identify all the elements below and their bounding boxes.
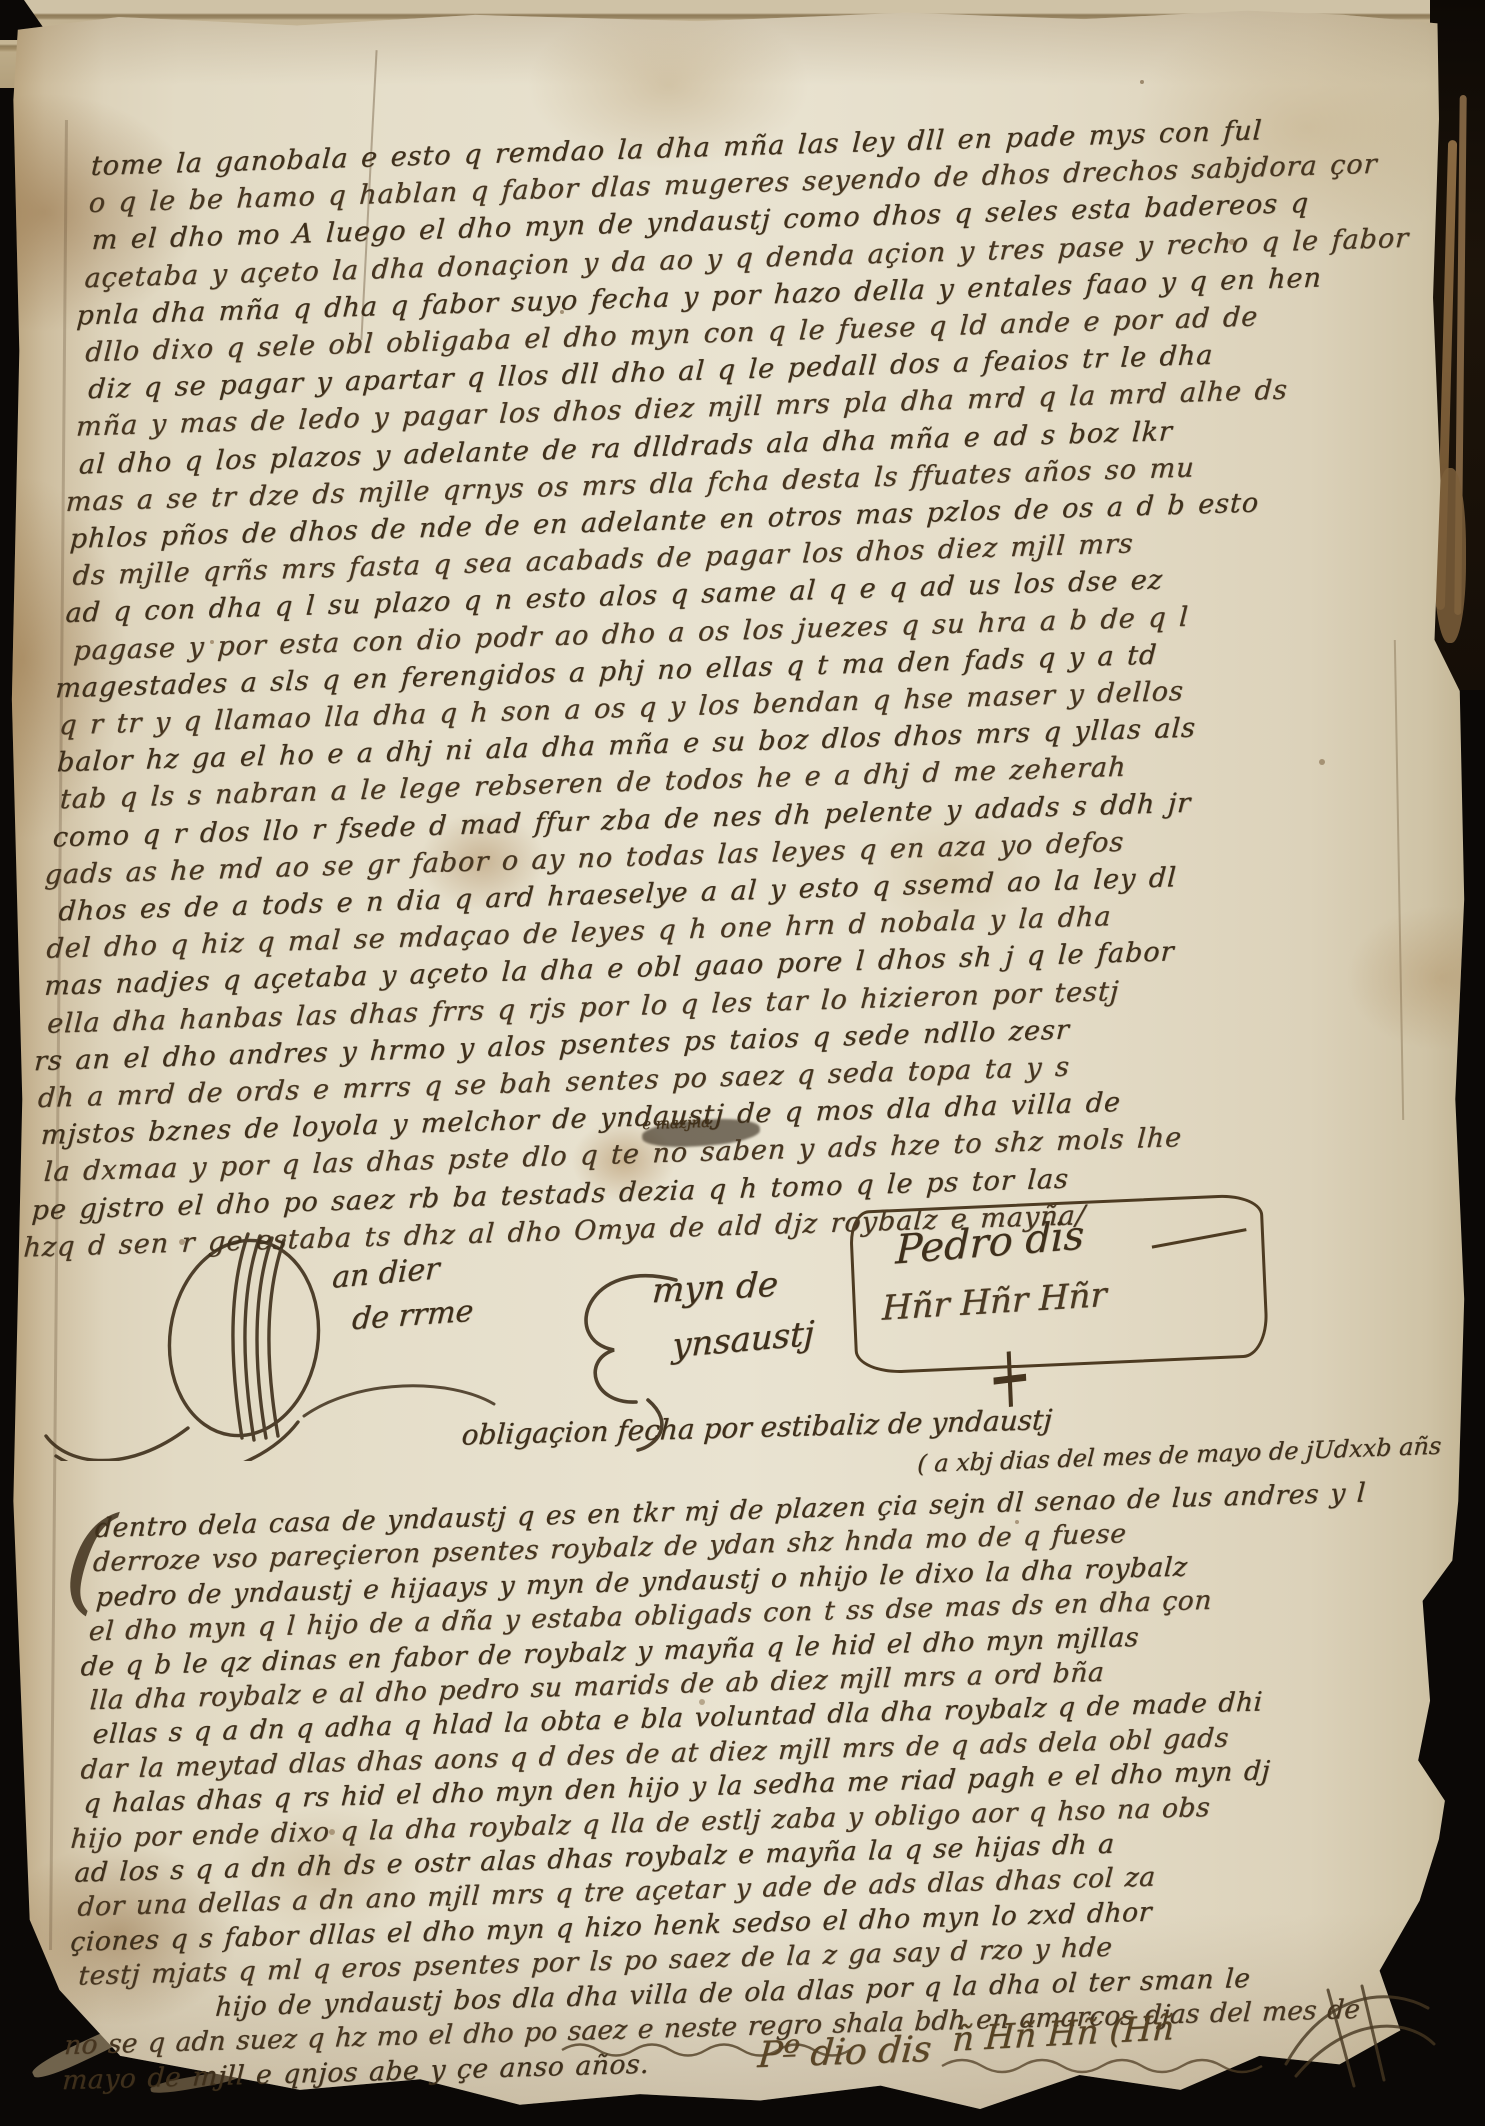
signature-cartouche: Pedro dis Hñr Hñr Hñr [849, 1193, 1270, 1375]
manuscript-text-block-2: dentro dela casa de yndaustj q es en tkr… [61, 1474, 1455, 2098]
cartouche-dash [1152, 1228, 1247, 1248]
interline-insertion: e mazjna [642, 1113, 711, 1133]
manuscript-photo: { "palette": { "ink": "#3e2f1b", "paper"… [0, 0, 1485, 2126]
signature-bottom-left: Pº dio dis [756, 2029, 933, 2076]
cartouche-signature-line1: Pedro dis [895, 1212, 1085, 1273]
signature-tail-flourish [298, 1372, 508, 1436]
manuscript-text-block-1: tome la ganobala e esto q remdao la dha … [28, 107, 1436, 1267]
signature-center-line1: myn de [651, 1265, 780, 1312]
signature-bottom-flourish [1266, 1972, 1446, 2102]
cartouche-signature-line2: Hñr Hñr Hñr [882, 1275, 1107, 1329]
